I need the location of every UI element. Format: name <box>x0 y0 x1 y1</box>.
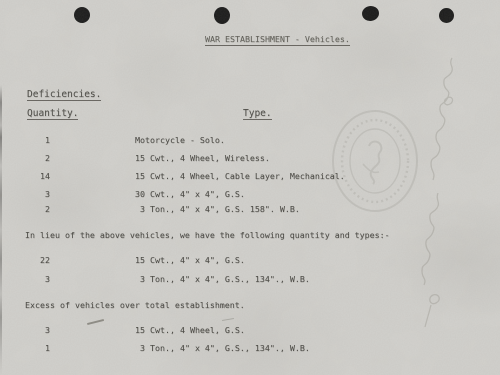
row-quantity: 1 <box>26 136 50 145</box>
row-quantity: 2 <box>26 205 50 214</box>
row-type: 3 Ton., 4" x 4", G.S., 134"., W.B. <box>140 344 310 353</box>
row-type: 15 Cwt., 4" x 4", G.S. <box>135 256 245 265</box>
row-type: 30 Cwt., 4" x 4", G.S. <box>135 190 245 199</box>
stamp-impression <box>323 102 427 220</box>
row-type: 3 Ton., 4" x 4", G.S. 158". W.B. <box>140 205 300 214</box>
punch-hole <box>439 8 454 23</box>
column-header-type: Type. <box>243 109 272 120</box>
row-quantity: 3 <box>26 190 50 199</box>
row-type: 3 Ton., 4" x 4", G.S., 134"., W.B. <box>140 275 310 284</box>
row-type: 15 Cwt., 4 Wheel, G.S. <box>135 326 245 335</box>
handwriting-bleedthrough <box>0 0 500 375</box>
paper-mottle <box>0 0 500 375</box>
page-title: WAR ESTABLISHMENT - Vehicles. <box>205 35 350 46</box>
row-type: 15 Cwt., 4 Wheel, Cable Layer, Mechanica… <box>135 172 345 181</box>
section-heading-in-lieu: In lieu of the above vehicles, we have t… <box>25 231 390 240</box>
pencil-mark <box>222 318 234 321</box>
row-type: 15 Cwt., 4 Wheel, Wireless. <box>135 154 270 163</box>
pencil-mark <box>87 319 104 325</box>
row-quantity: 22 <box>26 256 50 265</box>
section-heading-deficiencies: Deficiencies. <box>27 90 101 101</box>
punch-hole <box>214 7 230 24</box>
punch-hole <box>74 7 90 23</box>
paper-grain <box>0 0 500 375</box>
row-quantity: 14 <box>26 172 50 181</box>
column-header-quantity: Quantity. <box>27 109 78 120</box>
punch-hole <box>361 5 380 22</box>
scan-edge-shadow <box>0 85 2 375</box>
row-quantity: 3 <box>26 275 50 284</box>
row-quantity: 3 <box>26 326 50 335</box>
document-page: WAR ESTABLISHMENT - Vehicles. Deficienci… <box>0 0 500 375</box>
row-quantity: 2 <box>26 154 50 163</box>
row-type: Motorcycle - Solo. <box>135 136 225 145</box>
section-heading-excess: Excess of vehicles over total establishm… <box>25 301 245 310</box>
row-quantity: 1 <box>26 344 50 353</box>
